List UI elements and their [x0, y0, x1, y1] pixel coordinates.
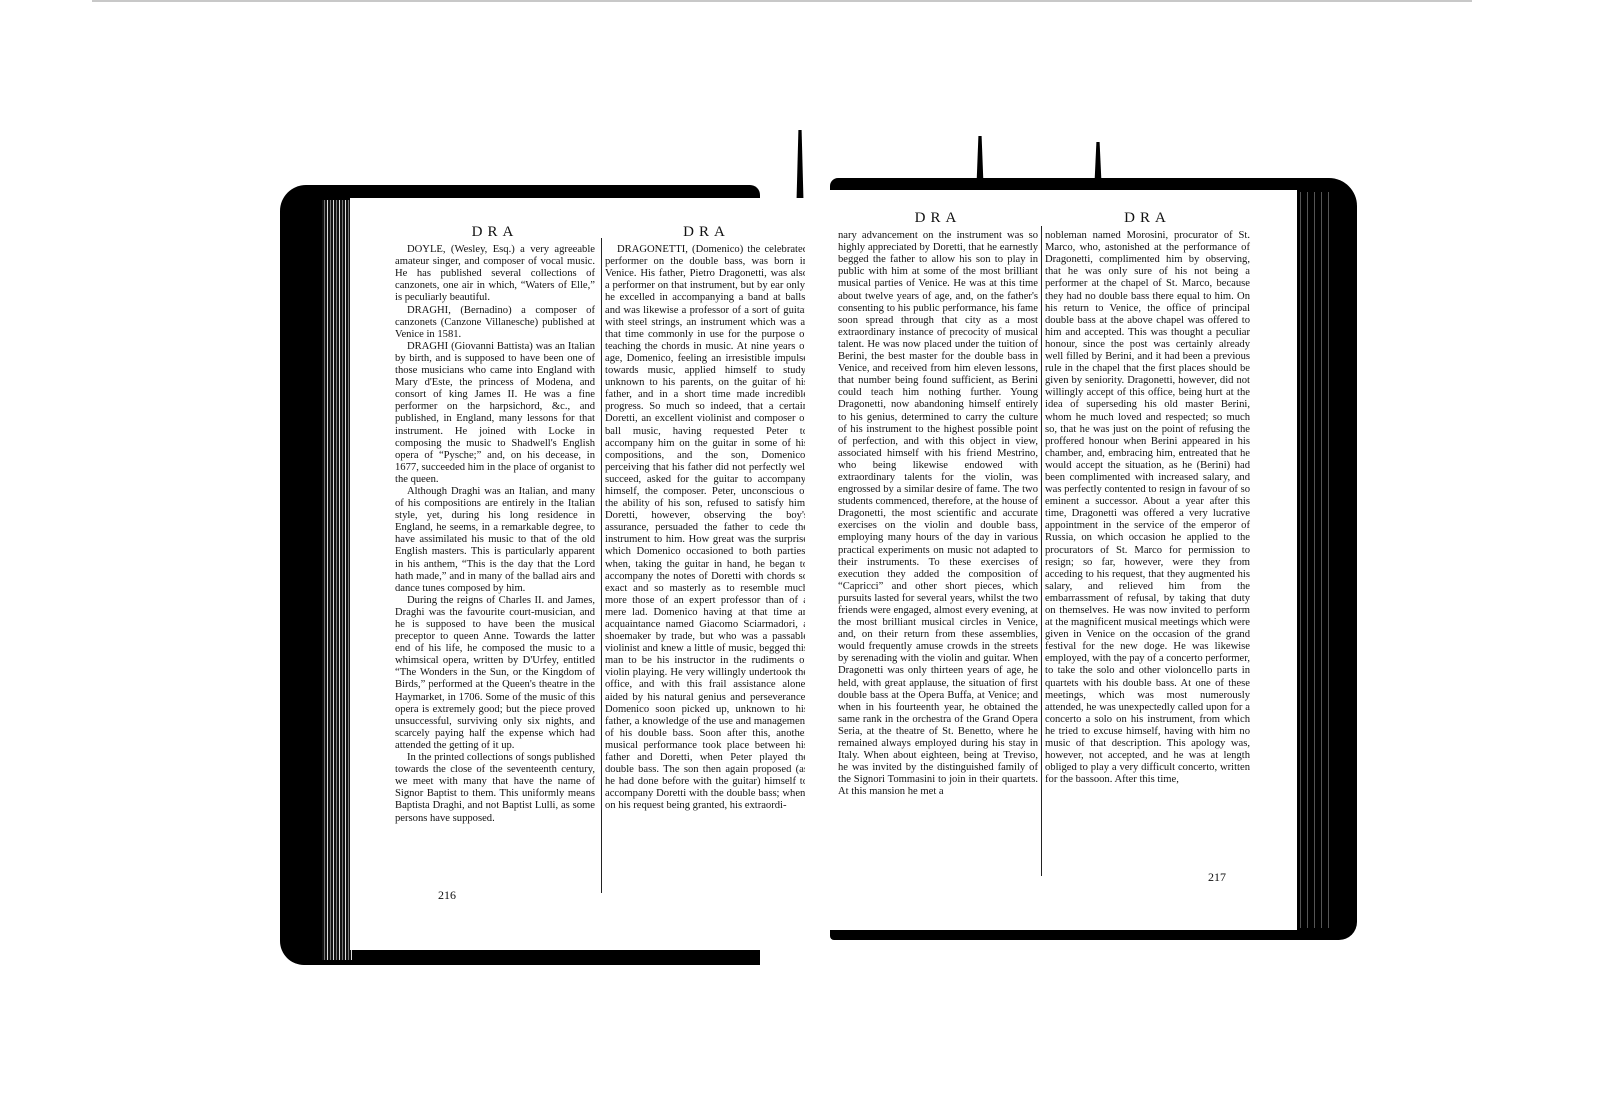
scan-top-edge — [92, 0, 1472, 2]
right-page-column-1: DRA nary advancement on the instrument w… — [838, 212, 1038, 799]
entry-paragraph: DRAGHI (Giovanni Battista) was an Italia… — [395, 341, 595, 486]
entry-paragraph: During the reigns of Charles II. and Jam… — [395, 595, 595, 752]
column-rule — [1041, 226, 1042, 876]
right-page: DRA nary advancement on the instrument w… — [805, 190, 1297, 930]
running-head: DRA — [1045, 212, 1250, 224]
entry-paragraph: In the printed collections of songs publ… — [395, 752, 595, 825]
page-number: 217 — [1208, 870, 1226, 885]
page-number: 216 — [438, 888, 456, 903]
entry-paragraph: DOYLE, (Wesley, Esq.) a very agreeable a… — [395, 244, 595, 304]
right-page-column-2: DRA nobleman named Morosini, procurator … — [1045, 212, 1250, 786]
column-rule — [601, 238, 602, 893]
running-head: DRA — [395, 226, 595, 238]
left-page-column-1: DRA DOYLE, (Wesley, Esq.) a very agreeab… — [395, 226, 595, 825]
page-edges-left — [322, 200, 352, 960]
left-page: DRA DOYLE, (Wesley, Esq.) a very agreeab… — [350, 198, 815, 950]
entry-paragraph: DRAGHI, (Bernadino) a composer of canzon… — [395, 305, 595, 341]
page-edges-right — [1297, 192, 1329, 928]
running-head: DRA — [605, 226, 808, 238]
entry-paragraph: Although Draghi was an Italian, and many… — [395, 486, 595, 595]
entry-paragraph: nary advancement on the instrument was s… — [838, 230, 1038, 798]
entry-paragraph: nobleman named Morosini, procurator of S… — [1045, 230, 1250, 786]
running-head: DRA — [838, 212, 1038, 224]
left-page-column-2: DRA DRAGONETTI, (Domenico) the celebrate… — [605, 226, 808, 813]
entry-paragraph: DRAGONETTI, (Domenico) the celebrated pe… — [605, 244, 808, 812]
